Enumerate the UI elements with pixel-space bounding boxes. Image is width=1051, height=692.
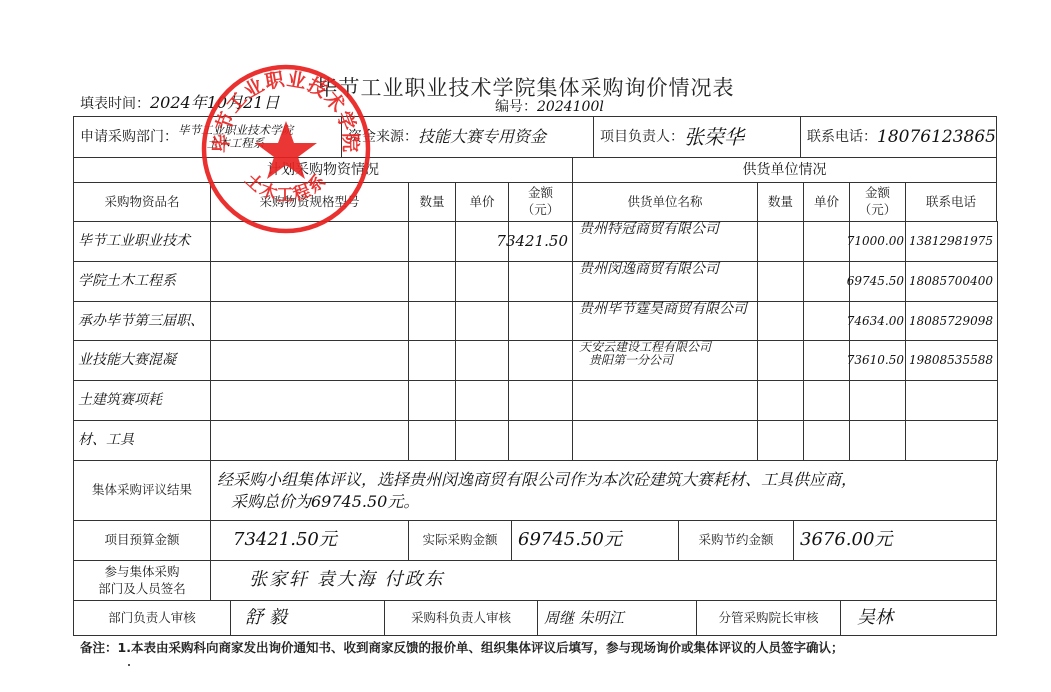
speck bbox=[128, 664, 130, 666]
planned-item-line-text: 学院土木工程系 bbox=[78, 272, 176, 291]
table-cell: 73421.50 bbox=[508, 221, 573, 262]
supplier-phone: 19808535588 bbox=[905, 340, 998, 381]
supplier-amount-text: 71000.00 bbox=[847, 233, 904, 249]
supplier-amount-text: 73610.50 bbox=[847, 352, 904, 368]
table-cell bbox=[455, 301, 509, 341]
table-cell bbox=[210, 380, 409, 421]
supplier-name bbox=[572, 420, 758, 461]
table-cell bbox=[757, 221, 804, 262]
actual-label: 实际采购金额 bbox=[408, 520, 512, 561]
fill-time: 填表时间：2024年10月21日 bbox=[80, 90, 279, 113]
serial-label: 编号： bbox=[495, 99, 537, 115]
phone-cell: 联系电话：18076123865 bbox=[800, 116, 997, 158]
table-cell bbox=[210, 261, 409, 302]
review-content: 经采购小组集体评议，选择贵州闵逸商贸有限公司作为本次砼建筑大赛耗材、工具供应商，… bbox=[210, 460, 997, 521]
budget-value: 73421.50元 bbox=[210, 520, 409, 561]
table-cell bbox=[210, 340, 409, 381]
footnote: 备注：1.本表由采购科向商家发出询价通知书、收到商家反馈的报价单、组织集体评议后… bbox=[80, 638, 843, 656]
participants-label: 参与集体采购 部门及人员签名 bbox=[73, 560, 211, 601]
procure-signature-text: 周继 朱明江 bbox=[544, 608, 624, 628]
table-cell bbox=[210, 420, 409, 461]
table-cell bbox=[803, 420, 850, 461]
participants-label-line2: 部门及人员签名 bbox=[98, 581, 186, 598]
planned-item-line-text: 毕节工业职业技术 bbox=[78, 232, 190, 251]
fund-label: 资金来源： bbox=[348, 128, 418, 147]
col-s-qty: 数量 bbox=[757, 182, 804, 222]
supplier-phone-text: 18085729098 bbox=[909, 313, 993, 329]
supplier-phone-text: 13812981975 bbox=[909, 233, 993, 249]
supplier-name-line1: 贵州特冠商贸有限公司 bbox=[579, 222, 719, 237]
col-item-name: 采购物资品名 bbox=[73, 182, 211, 222]
planned-item-line-text: 土建筑赛项耗 bbox=[78, 391, 162, 410]
planned-item-line: 学院土木工程系 bbox=[73, 261, 211, 302]
supplier-name-line1: 贵州毕节霆昊商贸有限公司 bbox=[579, 302, 747, 317]
supplier-amount-text: 74634.00 bbox=[847, 313, 904, 329]
table-cell bbox=[508, 380, 573, 421]
budget-label: 项目预算金额 bbox=[73, 520, 211, 561]
table-cell bbox=[508, 261, 573, 302]
participants-signatures-text: 张家轩 袁大海 付政东 bbox=[249, 568, 444, 592]
planned-item-line-text: 材、工具 bbox=[78, 431, 134, 450]
planned-item-line: 毕节工业职业技术 bbox=[73, 221, 211, 262]
budget-value-text: 73421.50元 bbox=[233, 528, 337, 552]
planned-item-line-text: 业技能大赛混凝 bbox=[78, 351, 176, 370]
supplier-name-line1: 贵州闵逸商贸有限公司 bbox=[579, 262, 719, 277]
table-cell bbox=[757, 261, 804, 302]
table-cell bbox=[508, 340, 573, 381]
supplier-amount: 74634.00 bbox=[849, 301, 906, 341]
col-s-phone: 联系电话 bbox=[905, 182, 997, 222]
col-s-amount: 金额（元） bbox=[849, 182, 906, 222]
table-cell bbox=[408, 261, 456, 302]
review-line1: 经采购小组集体评议，选择贵州闵逸商贸有限公司作为本次砼建筑大赛耗材、工具供应商， bbox=[217, 469, 857, 491]
table-cell bbox=[408, 380, 456, 421]
planned-item-line: 承办毕节第三届职、 bbox=[73, 301, 211, 341]
supplier-name: 贵州闵逸商贸有限公司 bbox=[572, 261, 758, 302]
table-cell bbox=[210, 301, 409, 341]
dept-approval-signature: 舒毅 bbox=[230, 600, 385, 636]
col-s-unit-price: 单价 bbox=[803, 182, 850, 222]
actual-value: 69745.50元 bbox=[511, 520, 679, 561]
table-cell bbox=[508, 301, 573, 341]
procure-approval-label: 采购科负责人审核 bbox=[384, 600, 538, 636]
table-cell bbox=[210, 221, 409, 262]
planned-amount: 73421.50 bbox=[496, 231, 568, 251]
supplier-phone: 18085700400 bbox=[905, 261, 998, 302]
supplier-name: 天安云建设工程有限公司贵阳第一分公司 bbox=[572, 340, 758, 381]
supplier-phone-text: 19808535588 bbox=[909, 352, 993, 368]
table-cell bbox=[455, 420, 509, 461]
review-line2: 采购总价为69745.50元。 bbox=[217, 491, 419, 513]
procure-approval-signature: 周继 朱明江 bbox=[537, 600, 697, 636]
supplier-amount: 73610.50 bbox=[849, 340, 906, 381]
table-cell bbox=[803, 301, 850, 341]
col-spec: 采购物资规格型号 bbox=[210, 182, 409, 222]
section-planned: 计划采购物资情况 bbox=[73, 157, 573, 183]
table-cell bbox=[803, 221, 850, 262]
saving-value-text: 3676.00元 bbox=[800, 528, 892, 552]
saving-label: 采购节约金额 bbox=[678, 520, 794, 561]
fill-time-label: 填表时间： bbox=[80, 96, 150, 112]
manager-value: 张荣华 bbox=[684, 124, 744, 151]
planned-item-line: 土建筑赛项耗 bbox=[73, 380, 211, 421]
vp-approval-label: 分管采购院长审核 bbox=[696, 600, 841, 636]
phone-label: 联系电话： bbox=[807, 128, 877, 147]
fund-source-cell: 资金来源：技能大赛专用资金 bbox=[341, 116, 594, 158]
supplier-amount-text: 69745.50 bbox=[847, 273, 904, 289]
table-cell bbox=[508, 420, 573, 461]
planned-item-line: 材、工具 bbox=[73, 420, 211, 461]
supplier-amount: 69745.50 bbox=[849, 261, 906, 302]
table-cell bbox=[408, 420, 456, 461]
table-cell bbox=[757, 340, 804, 381]
vp-approval-signature: 吴林 bbox=[840, 600, 997, 636]
planned-item-line-text: 承办毕节第三届职、 bbox=[78, 312, 204, 331]
participants-signatures: 张家轩 袁大海 付政东 bbox=[210, 560, 997, 601]
col-qty: 数量 bbox=[408, 182, 456, 222]
table-cell bbox=[803, 261, 850, 302]
manager-label: 项目负责人： bbox=[600, 128, 684, 147]
table-cell bbox=[757, 420, 804, 461]
dept-signature-text: 舒毅 bbox=[245, 606, 293, 630]
table-cell bbox=[408, 301, 456, 341]
supplier-phone bbox=[905, 420, 998, 461]
participants-label-line1: 参与集体采购 bbox=[104, 564, 179, 581]
actual-value-text: 69745.50元 bbox=[518, 528, 622, 552]
col-amount: 金额（元） bbox=[508, 182, 573, 222]
department-cell: 申请采购部门： 毕节工业职业技术学院 土木工程系 bbox=[73, 116, 342, 158]
review-label: 集体采购评议结果 bbox=[73, 460, 211, 521]
fill-time-value: 2024年10月21日 bbox=[150, 93, 279, 112]
phone-value: 18076123865 bbox=[877, 126, 996, 149]
planned-item-line: 业技能大赛混凝 bbox=[73, 340, 211, 381]
supplier-phone-text: 18085700400 bbox=[909, 273, 993, 289]
col-supplier-name: 供货单位名称 bbox=[572, 182, 758, 222]
supplier-phone: 13812981975 bbox=[905, 221, 998, 262]
table-cell bbox=[408, 340, 456, 381]
table-cell bbox=[757, 301, 804, 341]
table-cell bbox=[803, 380, 850, 421]
department-label: 申请采购部门： bbox=[80, 128, 178, 147]
table-cell bbox=[455, 261, 509, 302]
supplier-name: 贵州毕节霆昊商贸有限公司 bbox=[572, 301, 758, 341]
col-unit-price: 单价 bbox=[455, 182, 509, 222]
supplier-name bbox=[572, 380, 758, 421]
supplier-amount bbox=[849, 380, 906, 421]
table-cell bbox=[757, 380, 804, 421]
supplier-amount bbox=[849, 420, 906, 461]
serial-value: 2024100l bbox=[537, 99, 604, 115]
saving-value: 3676.00元 bbox=[793, 520, 997, 561]
supplier-phone bbox=[905, 380, 998, 421]
table-cell bbox=[455, 340, 509, 381]
table-cell bbox=[455, 380, 509, 421]
table-cell bbox=[408, 221, 456, 262]
serial-number: 编号：2024100l bbox=[495, 96, 604, 116]
supplier-amount: 71000.00 bbox=[849, 221, 906, 262]
department-value-line2: 土木工程系 bbox=[207, 137, 265, 150]
manager-cell: 项目负责人：张荣华 bbox=[593, 116, 801, 158]
vp-signature-text: 吴林 bbox=[857, 606, 893, 630]
supplier-phone: 18085729098 bbox=[905, 301, 998, 341]
section-supplier: 供货单位情况 bbox=[572, 157, 997, 183]
supplier-name-line2: 贵阳第一分公司 bbox=[579, 354, 673, 367]
table-cell bbox=[803, 340, 850, 381]
supplier-name: 贵州特冠商贸有限公司 bbox=[572, 221, 758, 262]
dept-approval-label: 部门负责人审核 bbox=[73, 600, 231, 636]
fund-value: 技能大赛专用资金 bbox=[418, 126, 546, 148]
